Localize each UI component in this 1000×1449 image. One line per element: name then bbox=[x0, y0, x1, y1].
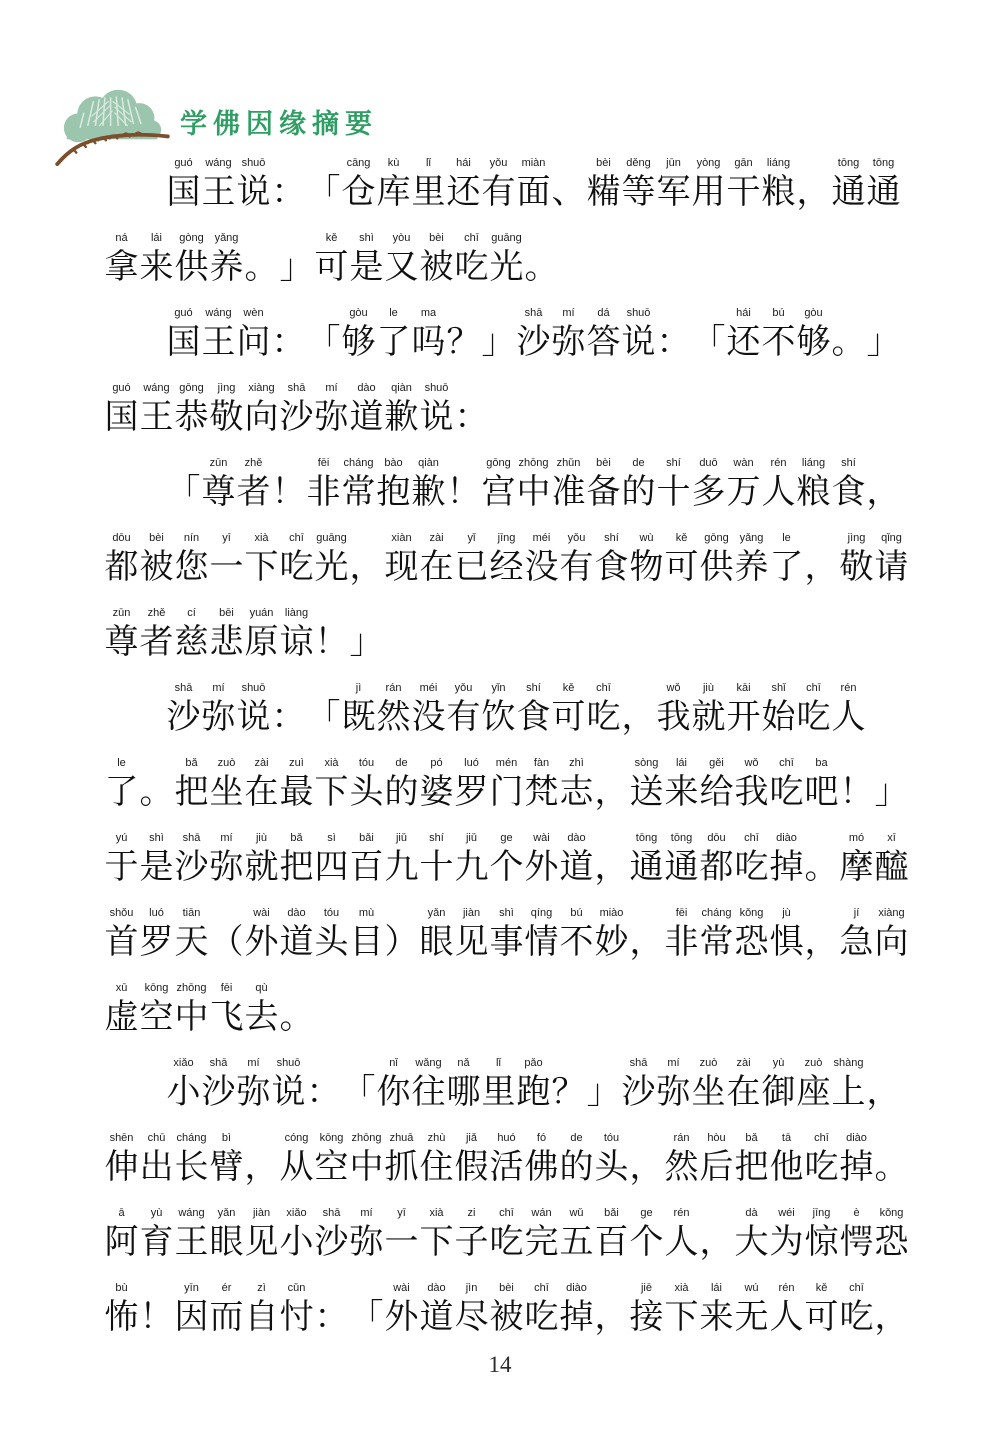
pinyin-annotation bbox=[874, 1131, 909, 1146]
punctuation-char: ， bbox=[594, 756, 629, 815]
pinyin-annotation: cǔn bbox=[279, 1281, 314, 1296]
pinyin-annotation: mù bbox=[349, 906, 384, 921]
hanzi-character: ！ bbox=[839, 771, 874, 815]
pinyin-annotation bbox=[244, 1131, 279, 1146]
pinyin-annotation: shā bbox=[174, 831, 209, 846]
punctuation-char: ， bbox=[349, 531, 384, 590]
hanzi-character: 飞 bbox=[209, 996, 244, 1040]
pinyin-annotation: cháng bbox=[341, 456, 376, 471]
hanzi-character: 还 bbox=[726, 321, 761, 365]
ruby-char: cháng长 bbox=[174, 1131, 209, 1190]
hanzi-character: 来 bbox=[139, 246, 174, 290]
text-line: ā阿yù育wáng王yǎn眼jiàn见xiǎo小shā沙mí弥yī一xià下zi… bbox=[104, 1206, 934, 1281]
ruby-char: tā他 bbox=[769, 1131, 804, 1190]
ruby-char: chī吃 bbox=[454, 231, 489, 290]
hanzi-character: 「 bbox=[166, 471, 201, 515]
pinyin-annotation bbox=[271, 306, 306, 321]
ruby-char: bǎi百 bbox=[349, 831, 384, 890]
pinyin-annotation: xiàn bbox=[384, 531, 419, 546]
ruby-char: rén人 bbox=[761, 456, 796, 515]
ruby-char: shǒu首 bbox=[104, 906, 139, 965]
hanzi-character: 。 bbox=[139, 771, 174, 815]
pinyin-annotation: yǐ bbox=[454, 531, 489, 546]
pinyin-annotation: kě bbox=[551, 681, 586, 696]
punctuation-char: ？ bbox=[551, 1056, 586, 1115]
hanzi-character: 」 bbox=[481, 321, 516, 365]
text-line: xiǎo小shā沙mí弥shuō说：「nǐ你wǎng往nǎ哪lǐ里pǎo跑？」s… bbox=[104, 1056, 934, 1131]
ruby-char: bǎi百 bbox=[594, 1206, 629, 1265]
hanzi-character: 王 bbox=[201, 171, 236, 215]
ruby-char: gōng供 bbox=[699, 531, 734, 590]
pinyin-annotation: yǒu bbox=[446, 681, 481, 696]
hanzi-character: 下 bbox=[244, 546, 279, 590]
pinyin-annotation: kāi bbox=[726, 681, 761, 696]
pinyin-annotation: huó bbox=[489, 1131, 524, 1146]
ruby-char: shuō说 bbox=[419, 381, 454, 440]
pinyin-annotation: tóu bbox=[349, 756, 384, 771]
pinyin-annotation bbox=[594, 756, 629, 771]
pinyin-annotation: kǒng bbox=[874, 1206, 909, 1221]
pinyin-annotation: de bbox=[621, 456, 656, 471]
pinyin-annotation: nín bbox=[174, 531, 209, 546]
hanzi-character: ， bbox=[866, 471, 901, 515]
hanzi-character: 供 bbox=[174, 246, 209, 290]
ruby-char: jiù就 bbox=[691, 681, 726, 740]
hanzi-character: 把 bbox=[174, 771, 209, 815]
ruby-char: wài外 bbox=[384, 1281, 419, 1340]
pinyin-annotation: gěi bbox=[699, 756, 734, 771]
hanzi-character: 说 bbox=[419, 396, 454, 440]
hanzi-character: 光 bbox=[489, 246, 524, 290]
hanzi-character: 原 bbox=[244, 621, 279, 665]
hanzi-character: 常 bbox=[341, 471, 376, 515]
punctuation-char: ！ bbox=[314, 606, 349, 665]
pinyin-annotation: chī bbox=[489, 1206, 524, 1221]
ruby-char: jìng敬 bbox=[839, 531, 874, 590]
pinyin-annotation: kù bbox=[376, 156, 411, 171]
hanzi-character: 通 bbox=[831, 171, 866, 215]
ruby-char: jiàn见 bbox=[244, 1206, 279, 1265]
page-header: 学佛因缘摘要 bbox=[55, 84, 378, 166]
pinyin-annotation: bù bbox=[104, 1281, 139, 1296]
ruby-char: cháng常 bbox=[341, 456, 376, 515]
pinyin-annotation: lái bbox=[664, 756, 699, 771]
hanzi-character: 。 bbox=[831, 321, 866, 365]
hanzi-character: 都 bbox=[104, 546, 139, 590]
ruby-char: kāi开 bbox=[726, 681, 761, 740]
pinyin-annotation: yú bbox=[104, 831, 139, 846]
pinyin-annotation: xiǎo bbox=[166, 1056, 201, 1071]
ruby-char: qiàn歉 bbox=[384, 381, 419, 440]
hanzi-character: 人 bbox=[761, 471, 796, 515]
ruby-char: diào掉 bbox=[559, 1281, 594, 1340]
pinyin-annotation: bēi bbox=[209, 606, 244, 621]
ruby-char: shí十 bbox=[419, 831, 454, 890]
hanzi-character: 道 bbox=[559, 846, 594, 890]
ruby-char: ge个 bbox=[489, 831, 524, 890]
pinyin-annotation: bèi bbox=[139, 531, 174, 546]
punctuation-char: ， bbox=[874, 1281, 909, 1340]
pinyin-annotation: jīng bbox=[489, 531, 524, 546]
ruby-char: zhōng中 bbox=[174, 981, 209, 1040]
pinyin-annotation: cí bbox=[174, 606, 209, 621]
hanzi-character: ？ bbox=[551, 1071, 586, 1115]
hanzi-character: 现 bbox=[384, 546, 419, 590]
pinyin-annotation: mén bbox=[489, 756, 524, 771]
hanzi-character: 国 bbox=[166, 171, 201, 215]
pinyin-annotation bbox=[691, 306, 726, 321]
ruby-char: zhù住 bbox=[419, 1131, 454, 1190]
ruby-char: mù目 bbox=[349, 906, 384, 965]
ruby-char: liáng粮 bbox=[796, 456, 831, 515]
ruby-char: guó国 bbox=[166, 306, 201, 365]
pinyin-annotation: zuò bbox=[691, 1056, 726, 1071]
pinyin-annotation: sì bbox=[314, 831, 349, 846]
pinyin-annotation: wài bbox=[384, 1281, 419, 1296]
hanzi-character: 道 bbox=[419, 1296, 454, 1340]
hanzi-character: 沙 bbox=[314, 1221, 349, 1265]
hanzi-character: 而 bbox=[209, 1296, 244, 1340]
pinyin-annotation bbox=[139, 1281, 174, 1296]
hanzi-character: 说 bbox=[236, 696, 271, 740]
ruby-char: jūn军 bbox=[656, 156, 691, 215]
hanzi-character: 后 bbox=[699, 1146, 734, 1190]
pinyin-annotation: yǒu bbox=[481, 156, 516, 171]
pinyin-annotation: bèi bbox=[419, 231, 454, 246]
pinyin-annotation: zūn bbox=[201, 456, 236, 471]
pinyin-annotation: qǐng bbox=[874, 531, 909, 546]
pinyin-annotation bbox=[839, 756, 874, 771]
hanzi-character: 罗 bbox=[454, 771, 489, 815]
hanzi-character: ： bbox=[271, 171, 306, 215]
hanzi-character: 人 bbox=[769, 1296, 804, 1340]
hanzi-character: 里 bbox=[411, 171, 446, 215]
hanzi-character: 完 bbox=[524, 1221, 559, 1265]
ruby-char: wú无 bbox=[734, 1281, 769, 1340]
hanzi-character: 可 bbox=[551, 696, 586, 740]
pinyin-annotation: le bbox=[376, 306, 411, 321]
punctuation-char: ， bbox=[621, 681, 656, 740]
ruby-char: bì臂 bbox=[209, 1131, 244, 1190]
pinyin-annotation: kōng bbox=[139, 981, 174, 996]
pinyin-annotation: chū bbox=[139, 1131, 174, 1146]
ruby-char: le了 bbox=[769, 531, 804, 590]
pinyin-annotation: jìn bbox=[454, 1281, 489, 1296]
hanzi-character: 九 bbox=[454, 846, 489, 890]
hanzi-character: 百 bbox=[594, 1221, 629, 1265]
pinyin-annotation: chī bbox=[524, 1281, 559, 1296]
pinyin-annotation: zhě bbox=[139, 606, 174, 621]
hanzi-character: 请 bbox=[874, 546, 909, 590]
pinyin-annotation: xiàng bbox=[874, 906, 909, 921]
hanzi-character: 有 bbox=[446, 696, 481, 740]
pinyin-annotation: lái bbox=[699, 1281, 734, 1296]
ruby-char: qù去 bbox=[244, 981, 279, 1040]
ruby-char: yī一 bbox=[384, 1206, 419, 1265]
hanzi-character: 向 bbox=[874, 921, 909, 965]
pinyin-annotation: zhù bbox=[419, 1131, 454, 1146]
hanzi-character: ！ bbox=[314, 621, 349, 665]
pinyin-annotation: bào bbox=[376, 456, 411, 471]
ruby-char: jiù就 bbox=[244, 831, 279, 890]
punctuation-char: ） bbox=[384, 906, 419, 965]
hanzi-character: 不 bbox=[559, 921, 594, 965]
pinyin-annotation: wán bbox=[524, 1206, 559, 1221]
ruby-char: nǐ你 bbox=[376, 1056, 411, 1115]
ruby-char: guāng光 bbox=[314, 531, 349, 590]
ruby-char: le了 bbox=[376, 306, 411, 365]
ruby-char: mí弥 bbox=[551, 306, 586, 365]
pinyin-annotation: wǎng bbox=[411, 1056, 446, 1071]
ruby-char: wài外 bbox=[524, 831, 559, 890]
pinyin-annotation: hái bbox=[446, 156, 481, 171]
ruby-char: diào掉 bbox=[769, 831, 804, 890]
pinyin-annotation: jiǔ bbox=[454, 831, 489, 846]
hanzi-character: 。 bbox=[524, 246, 559, 290]
pinyin-annotation: tā bbox=[769, 1131, 804, 1146]
hanzi-character: 吃 bbox=[586, 696, 621, 740]
hanzi-character: ） bbox=[384, 921, 419, 965]
ruby-char: mí弥 bbox=[314, 381, 349, 440]
ruby-char: nín您 bbox=[174, 531, 209, 590]
ruby-char: duō多 bbox=[691, 456, 726, 515]
ruby-char: shí食 bbox=[516, 681, 551, 740]
hanzi-character: 掉 bbox=[839, 1146, 874, 1190]
hanzi-character: 了 bbox=[376, 321, 411, 365]
ruby-char: xià下 bbox=[664, 1281, 699, 1340]
punctuation-char: 」 bbox=[586, 1056, 621, 1115]
ruby-char: zūn尊 bbox=[104, 606, 139, 665]
pinyin-annotation: rén bbox=[761, 456, 796, 471]
hanzi-character: 被 bbox=[489, 1296, 524, 1340]
hanzi-character: 然 bbox=[376, 696, 411, 740]
text-line: yú于shì是shā沙mí弥jiù就bǎ把sì四bǎi百jiǔ九shí十jiǔ九… bbox=[104, 831, 934, 906]
ruby-char: zài在 bbox=[419, 531, 454, 590]
hanzi-character: ： bbox=[306, 1071, 341, 1115]
pinyin-annotation: chī bbox=[454, 231, 489, 246]
pinyin-annotation: chī bbox=[279, 531, 314, 546]
hanzi-character: ： bbox=[271, 696, 306, 740]
ruby-char: yù御 bbox=[761, 1056, 796, 1115]
hanzi-character: 可 bbox=[804, 1296, 839, 1340]
pinyin-annotation: sòng bbox=[629, 756, 664, 771]
hanzi-character: 物 bbox=[629, 546, 664, 590]
pinyin-annotation: bú bbox=[559, 906, 594, 921]
pinyin-annotation: yù bbox=[761, 1056, 796, 1071]
ruby-char: yú于 bbox=[104, 831, 139, 890]
pinyin-annotation: dōu bbox=[104, 531, 139, 546]
hanzi-character: 就 bbox=[691, 696, 726, 740]
pinyin-annotation bbox=[306, 306, 341, 321]
hanzi-character: 虚 bbox=[104, 996, 139, 1040]
ruby-char: zūn尊 bbox=[201, 456, 236, 515]
hanzi-character: 坐 bbox=[691, 1071, 726, 1115]
hanzi-character: 惊 bbox=[804, 1221, 839, 1265]
pinyin-annotation: yǎng bbox=[209, 231, 244, 246]
pinyin-annotation: wáng bbox=[201, 156, 236, 171]
pinyin-annotation: zhě bbox=[236, 456, 271, 471]
pinyin-annotation: fēi bbox=[664, 906, 699, 921]
pinyin-annotation bbox=[209, 906, 244, 921]
hanzi-character: 道 bbox=[279, 921, 314, 965]
pinyin-annotation: lǐ bbox=[481, 1056, 516, 1071]
pinyin-annotation: zhōng bbox=[349, 1131, 384, 1146]
ruby-char: xū虚 bbox=[104, 981, 139, 1040]
ruby-char: jiē接 bbox=[629, 1281, 664, 1340]
hanzi-character: 恭 bbox=[174, 396, 209, 440]
pinyin-annotation: jiàn bbox=[244, 1206, 279, 1221]
hanzi-character: 光 bbox=[314, 546, 349, 590]
ruby-char: kù库 bbox=[376, 156, 411, 215]
pinyin-annotation: jìng bbox=[209, 381, 244, 396]
hanzi-character: 在 bbox=[726, 1071, 761, 1115]
ruby-char: chī吃 bbox=[734, 831, 769, 890]
hanzi-character: 既 bbox=[341, 696, 376, 740]
pinyin-annotation bbox=[874, 1281, 909, 1296]
hanzi-character: 不 bbox=[761, 321, 796, 365]
hanzi-character: 罗 bbox=[139, 921, 174, 965]
hanzi-character: ！ bbox=[139, 1296, 174, 1340]
ruby-char: dà大 bbox=[734, 1206, 769, 1265]
ruby-char: chī吃 bbox=[839, 1281, 874, 1340]
hanzi-character: 育 bbox=[139, 1221, 174, 1265]
punctuation-char: 。 bbox=[244, 231, 279, 290]
hanzi-character: 者 bbox=[236, 471, 271, 515]
hanzi-character: 头 bbox=[314, 921, 349, 965]
pinyin-annotation: shā bbox=[166, 681, 201, 696]
pinyin-annotation: wáng bbox=[201, 306, 236, 321]
hanzi-character: 妙 bbox=[594, 921, 629, 965]
ruby-char: dá答 bbox=[586, 306, 621, 365]
pinyin-annotation: mó bbox=[839, 831, 874, 846]
ruby-char: de的 bbox=[559, 1131, 594, 1190]
punctuation-char: ？ bbox=[446, 306, 481, 365]
hanzi-character: 他 bbox=[769, 1146, 804, 1190]
pinyin-annotation: rén bbox=[769, 1281, 804, 1296]
ruby-char: yǐn饮 bbox=[481, 681, 516, 740]
ruby-char: wán完 bbox=[524, 1206, 559, 1265]
punctuation-char: ， bbox=[244, 1131, 279, 1190]
ruby-char: gōng宫 bbox=[481, 456, 516, 515]
hanzi-character: 吃 bbox=[734, 846, 769, 890]
ruby-char: kě可 bbox=[551, 681, 586, 740]
ruby-char: cǔn忖 bbox=[279, 1281, 314, 1340]
pinyin-annotation: dào bbox=[279, 906, 314, 921]
ruby-char: wǔ五 bbox=[559, 1206, 594, 1265]
ruby-char: miàn面 bbox=[516, 156, 551, 215]
pinyin-annotation: jiù bbox=[244, 831, 279, 846]
ruby-char: hái还 bbox=[446, 156, 481, 215]
pinyin-annotation: tiān bbox=[174, 906, 209, 921]
hanzi-character: 活 bbox=[489, 1146, 524, 1190]
ruby-char: wáng王 bbox=[201, 306, 236, 365]
hanzi-character: 吗 bbox=[411, 321, 446, 365]
ruby-char: yǎng养 bbox=[209, 231, 244, 290]
ruby-char: qǐng请 bbox=[874, 531, 909, 590]
pinyin-annotation: jì bbox=[341, 681, 376, 696]
ruby-char: yòu又 bbox=[384, 231, 419, 290]
ruby-char: shì是 bbox=[139, 831, 174, 890]
pinyin-annotation: shā bbox=[201, 1056, 236, 1071]
pinyin-annotation: yù bbox=[139, 1206, 174, 1221]
hanzi-character: 自 bbox=[244, 1296, 279, 1340]
hanzi-character: 哪 bbox=[446, 1071, 481, 1115]
ruby-char: zuì最 bbox=[279, 756, 314, 815]
hanzi-character: 又 bbox=[384, 246, 419, 290]
punctuation-char: ！ bbox=[839, 756, 874, 815]
pinyin-annotation: rán bbox=[664, 1131, 699, 1146]
pinyin-annotation bbox=[341, 1056, 376, 1071]
hanzi-character: 都 bbox=[699, 846, 734, 890]
ruby-char: qíng情 bbox=[524, 906, 559, 965]
pinyin-annotation: chī bbox=[734, 831, 769, 846]
pinyin-annotation bbox=[586, 1056, 621, 1071]
hanzi-character: 说 bbox=[236, 171, 271, 215]
ruby-char: mí弥 bbox=[201, 681, 236, 740]
hanzi-character: 吃 bbox=[279, 546, 314, 590]
pinyin-annotation: rén bbox=[664, 1206, 699, 1221]
ruby-char: rén人 bbox=[831, 681, 866, 740]
pinyin-annotation bbox=[306, 156, 341, 171]
pinyin-annotation: shì bbox=[349, 231, 384, 246]
pinyin-annotation: yǎn bbox=[419, 906, 454, 921]
hanzi-character: 座 bbox=[796, 1071, 831, 1115]
pinyin-annotation: cháng bbox=[699, 906, 734, 921]
pinyin-annotation: jiàn bbox=[454, 906, 489, 921]
ruby-char: rén人 bbox=[769, 1281, 804, 1340]
hanzi-character: 情 bbox=[524, 921, 559, 965]
hanzi-character: 九 bbox=[384, 846, 419, 890]
hanzi-character: 恐 bbox=[874, 1221, 909, 1265]
punctuation-char: （ bbox=[209, 906, 244, 965]
hanzi-character: 通 bbox=[629, 846, 664, 890]
ruby-char: chū出 bbox=[139, 1131, 174, 1190]
hanzi-character: 粮 bbox=[761, 171, 796, 215]
hanzi-character: 悲 bbox=[209, 621, 244, 665]
hanzi-character: ， bbox=[629, 1146, 664, 1190]
hanzi-character: 是 bbox=[139, 846, 174, 890]
pinyin-annotation: miàn bbox=[516, 156, 551, 171]
pinyin-annotation: yòng bbox=[691, 156, 726, 171]
hanzi-character: 有 bbox=[481, 171, 516, 215]
pinyin-annotation bbox=[629, 1131, 664, 1146]
ruby-char: zài在 bbox=[726, 1056, 761, 1115]
ruby-char: zhě者 bbox=[139, 606, 174, 665]
pinyin-annotation: qù bbox=[244, 981, 279, 996]
pinyin-annotation: nǐ bbox=[376, 1056, 411, 1071]
ruby-char: zhì志 bbox=[559, 756, 594, 815]
pinyin-annotation: luó bbox=[454, 756, 489, 771]
ruby-char: xià下 bbox=[314, 756, 349, 815]
ruby-char: chī吃 bbox=[279, 531, 314, 590]
pinyin-annotation: qiàn bbox=[411, 456, 446, 471]
ruby-char: shuō说 bbox=[236, 156, 271, 215]
pinyin-annotation: guó bbox=[166, 156, 201, 171]
ruby-char: zuò座 bbox=[796, 1056, 831, 1115]
pinyin-annotation: guāng bbox=[489, 231, 524, 246]
ruby-char: wáng王 bbox=[139, 381, 174, 440]
hanzi-character: ， bbox=[594, 1296, 629, 1340]
hanzi-character: 敬 bbox=[839, 546, 874, 590]
hanzi-character: 王 bbox=[139, 396, 174, 440]
pinyin-annotation: ā bbox=[104, 1206, 139, 1221]
hanzi-character: 被 bbox=[139, 546, 174, 590]
hanzi-character: 愕 bbox=[839, 1221, 874, 1265]
ruby-char: shā沙 bbox=[166, 681, 201, 740]
ruby-char: de的 bbox=[621, 456, 656, 515]
pinyin-annotation bbox=[866, 456, 901, 471]
ruby-char: shǐ始 bbox=[761, 681, 796, 740]
